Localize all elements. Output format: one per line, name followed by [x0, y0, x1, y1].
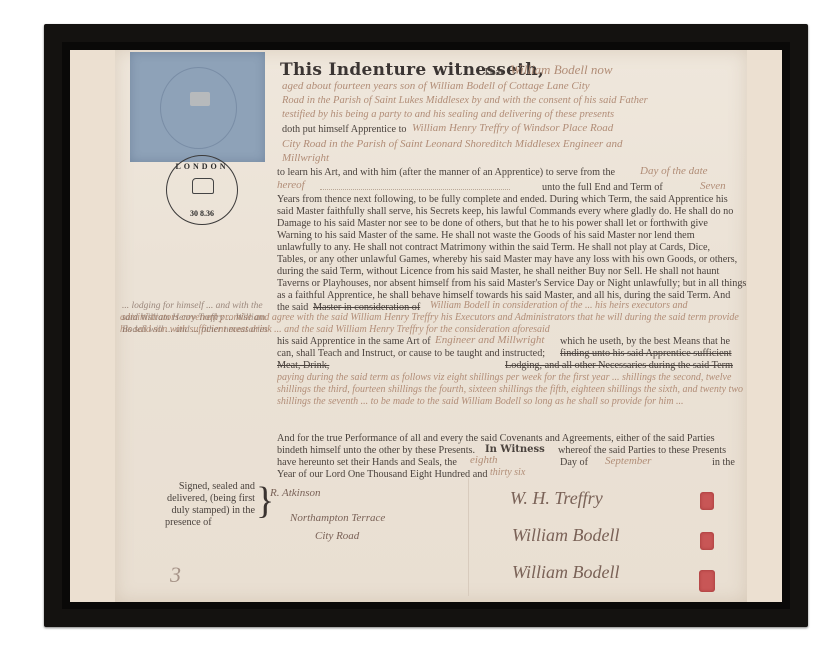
struck-lodging: Lodging, and all other Necessaries durin… — [505, 360, 733, 372]
hand-line-7: Millwright — [282, 152, 329, 164]
signed-line: delivered, (being first — [165, 493, 255, 505]
witness-name: R. Atkinson — [270, 487, 321, 499]
body-line: Damage to his said Master nor see to be … — [277, 218, 747, 230]
day-value: eighth — [470, 454, 498, 466]
tax-stamp — [130, 52, 265, 162]
until-text: unto the full End and Term of — [542, 182, 663, 194]
signed-line: presence of — [165, 517, 212, 529]
month-value: September — [605, 455, 651, 467]
year-of-text: Year of our Lord One Thousand Eight Hund… — [277, 469, 487, 481]
can-teach: can, shall Teach and Instruct, or cause … — [277, 348, 545, 360]
day-of: Day of — [560, 457, 588, 469]
body-line: Taverns or Playhouses, nor absent himsel… — [277, 278, 747, 290]
performance-line: bindeth himself unto the other by these … — [277, 445, 475, 457]
hand-line-4: testified by his being a party to and hi… — [282, 109, 614, 120]
heading-that: That — [483, 66, 503, 78]
postmark-date: 30 8.36 — [167, 209, 237, 218]
body-line: unlawfully to any. He shall not contract… — [277, 242, 747, 254]
stamp-oval — [160, 67, 237, 149]
term-years: Seven — [700, 180, 726, 192]
postmark-city: LONDON — [167, 162, 237, 171]
body-line: Warning to his said Master of the same. … — [277, 230, 747, 242]
master-name: William Henry Treffry of Windsor Place R… — [412, 122, 613, 134]
have-hereunto: have hereunto set their Hands and Seals,… — [277, 457, 457, 469]
wax-seal — [699, 570, 715, 592]
document-heading: This Indenture witnesseth, — [280, 60, 544, 80]
body-line: said Master faithfully shall serve, his … — [277, 206, 747, 218]
struck-meat: Meat, Drink, — [277, 360, 329, 372]
which-he-useth: which he useth, by the best Means that h… — [560, 336, 730, 348]
crown-icon — [192, 178, 214, 194]
fold-line — [468, 478, 469, 596]
wax-seal — [700, 492, 714, 510]
body-line: Tables, or any other unlawful Games, whe… — [277, 254, 747, 266]
hereof: hereof — [277, 179, 305, 191]
body-line: Years from thence next following, to be … — [277, 194, 747, 206]
witness-address-1: Northampton Terrace — [290, 512, 385, 524]
body-line: during the said Term, without Licence fr… — [277, 266, 747, 278]
art-of: Engineer and Millwright — [435, 334, 544, 346]
learn-text: to learn his Art, and with him (after th… — [277, 167, 615, 179]
wax-seal — [700, 532, 714, 550]
put-himself-text: doth put himself Apprentice to — [282, 124, 407, 136]
witness-address-2: City Road — [315, 530, 359, 542]
blank-line — [320, 189, 510, 190]
hand-line-2: aged about fourteen years son of William… — [282, 80, 590, 92]
crown-emboss-icon — [190, 92, 210, 106]
signed-line: duly stamped) in the — [165, 505, 255, 517]
in-the: in the — [712, 457, 735, 469]
margin-note: ... lodging for himself ... and with the… — [122, 300, 272, 336]
hand-line-6: City Road in the Parish of Saint Leonard… — [282, 138, 622, 150]
signature-bodell-1: William Bodell — [512, 525, 620, 546]
london-postmark: LONDON 30 8.36 — [166, 155, 238, 225]
year-value: thirty six — [490, 467, 525, 478]
apprentice-name: William Bodell now — [510, 62, 613, 78]
payment-clause: paying during the said term as follows v… — [277, 372, 745, 432]
hand-line-3: Road in the Parish of Saint Lukes Middle… — [282, 95, 648, 106]
signed-line: Signed, sealed and — [165, 481, 255, 493]
struck-finding: finding unto his said Apprentice suffici… — [560, 348, 732, 360]
signature-treffry: W. H. Treffry — [510, 488, 603, 509]
his-apprentice-text: his said Apprentice in the same Art of — [277, 336, 431, 348]
signature-bodell-2: William Bodell — [512, 562, 620, 583]
page-number: 3 — [170, 562, 181, 588]
from-day: Day of the date — [640, 165, 708, 177]
